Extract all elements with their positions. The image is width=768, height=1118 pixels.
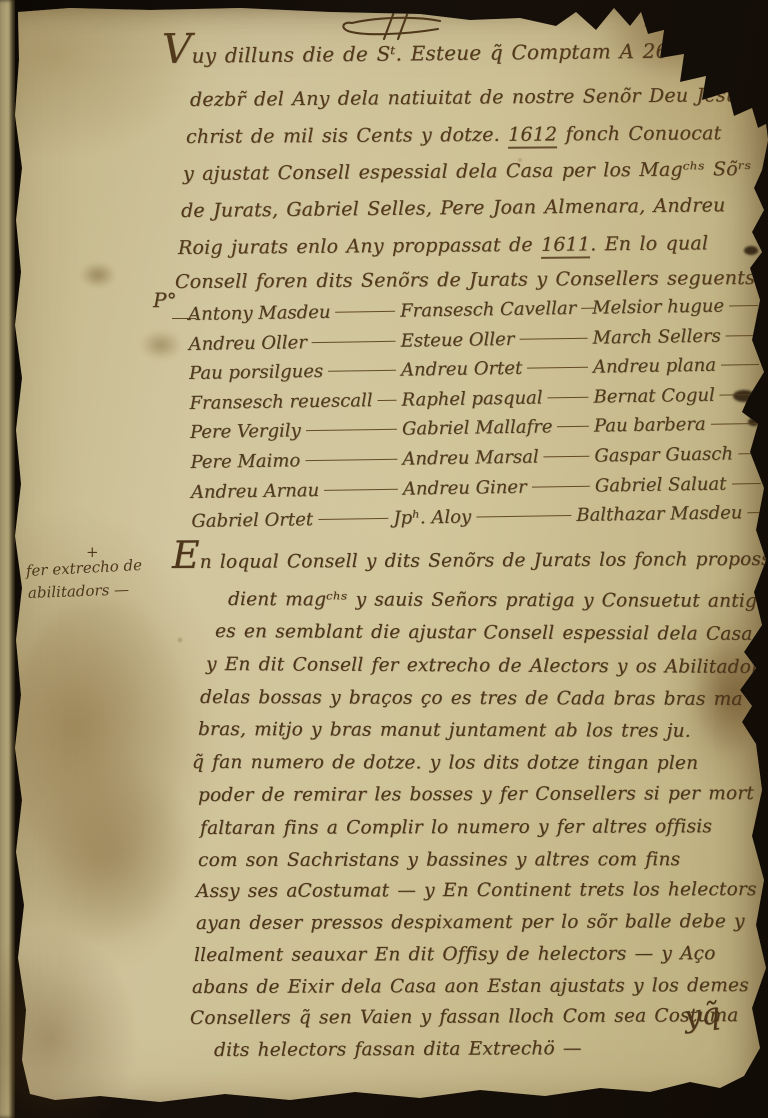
connector-dash: [527, 367, 588, 369]
name: Fransesch reuescall: [189, 390, 372, 414]
para2-line: dits helectors fassan dita Extrechö —: [214, 1038, 582, 1061]
para2-line: ayan deser pressos despixament per lo sõ…: [196, 911, 745, 934]
connector-dash: [476, 515, 571, 517]
para1-line: Consell foren dits Senõrs de Jurats y Co…: [175, 267, 755, 293]
name: Balthazar Masdeu: [576, 502, 742, 526]
para2-line: poder de remirar les bosses y fer Consel…: [198, 783, 754, 806]
name: Andreu Marsal: [402, 446, 539, 469]
para1-line6-post: . En lo qual: [590, 232, 708, 255]
name: Melsior hugue: [592, 296, 724, 319]
connector-dash: [312, 340, 396, 342]
margin-note-line: fer extrecho de: [26, 556, 143, 580]
para2-line: En loqual Consell y dits Senõrs de Jurat…: [172, 549, 768, 573]
para2-line: abans de Eixir dela Casa aon Estan ajust…: [192, 975, 749, 998]
name: Pere Maimo: [190, 450, 300, 473]
connector-dash: [738, 453, 760, 454]
name: Jpʰ. Aloy: [393, 507, 471, 529]
name: Gabriel Ortet: [191, 509, 313, 532]
name: Fransesch Cavellar: [400, 298, 576, 322]
connector-dash: [721, 364, 759, 366]
book-gutter-edge: [0, 0, 15, 1118]
name: Antony Masdeu: [188, 302, 331, 325]
connector-dash: [532, 485, 590, 487]
name: Gabriel Mallafre: [402, 417, 553, 440]
para2-line: bras, mitjo y bras manut juntament ab lo…: [198, 719, 691, 742]
name: Gaspar Guasch: [594, 443, 733, 466]
connector-dash: [306, 429, 397, 431]
end-flourish-mark: yq̃: [682, 996, 722, 1035]
foxing-spot: [80, 262, 116, 288]
foxing-spot: [140, 330, 182, 360]
connector-dash: [711, 423, 760, 425]
connector-dash: [324, 488, 398, 490]
councillor-name-list: Antony Masdeu Fransesch Cavellar Melsior…: [188, 295, 767, 541]
connector-dash: [731, 483, 760, 484]
margin-note-line: abilitadors —: [28, 580, 130, 602]
connector-dash: [544, 456, 590, 458]
para1-line3-pre: christ de mil sis Cents y dotze.: [186, 124, 508, 148]
name: Andreu Ortet: [401, 358, 522, 381]
name: March Sellers: [592, 325, 720, 348]
para1-line3-post: fonch Conuocat: [557, 122, 721, 145]
connector-dash: [378, 400, 397, 401]
para1-line: christ de mil sis Cents y dotze. 1612 fo…: [186, 122, 722, 148]
para2-line: delas bossas y braços ço es tres de Cada…: [200, 687, 743, 710]
para1-line: Vuy dilluns die de Sᵗ. Esteue q̃ Comptam…: [162, 39, 669, 68]
manuscript-page: 5 Vuy dilluns die de Sᵗ. Esteue q̃ Compt…: [0, 0, 768, 1118]
connector-dash: [548, 397, 589, 399]
name: Andreu Oller: [188, 332, 307, 355]
name: Raphel pasqual: [401, 387, 542, 410]
para2-line: llealment seauxar En dit Offisy de helec…: [194, 943, 716, 966]
folio-number: 5: [644, 16, 652, 30]
para2-line: Assy ses aCostumat — y En Continent tret…: [196, 879, 757, 902]
para1-line: Roig jurats enlo Any proppassat de 1611.…: [178, 232, 708, 259]
connector-dash: [720, 394, 760, 396]
name: Pere Vergily: [190, 421, 301, 444]
para2-line: faltaran fins a Complir lo numero y fer …: [200, 816, 712, 839]
water-stain: [8, 600, 198, 880]
connector-dash: [726, 335, 759, 337]
year-1611: 1611: [541, 233, 590, 258]
para1-line: de Jurats, Gabriel Selles, Pere Joan Alm…: [181, 194, 726, 222]
header-flourish-icon: [338, 8, 450, 44]
para2-line: Consellers q̃ sen Vaien y fassan lloch C…: [190, 1005, 739, 1029]
connector-dash: [747, 512, 761, 513]
connector-dash: [519, 337, 587, 339]
name: Pau porsilgues: [189, 361, 323, 384]
para1-line: dezbr̃ del Any dela natiuitat de nostre …: [190, 84, 738, 111]
para2-line: es en semblant die ajustar Consell espes…: [215, 621, 753, 645]
para2-line: q̃ fan numero de dotze. y los dits dotze…: [192, 752, 698, 774]
connector-dash: [729, 305, 758, 306]
year-1612: 1612: [508, 123, 557, 148]
connector-dash: [328, 370, 396, 372]
name: Andreu plana: [593, 355, 716, 378]
para2-line: com son Sachristans y bassines y altres …: [198, 849, 680, 871]
para2-line: dient magᶜʰˢ y sauis Señors pratiga y Co…: [228, 589, 768, 612]
connector-dash: [305, 459, 397, 461]
ink-blot: [744, 246, 758, 255]
water-stain: [40, 770, 190, 940]
name: Pau barbera: [594, 414, 706, 437]
para1-line: y ajustat Consell espessial dela Casa pe…: [183, 158, 751, 185]
name: Esteue Oller: [400, 328, 514, 351]
name: Andreu Giner: [403, 476, 527, 499]
manuscript-scan: 5 Vuy dilluns die de Sᵗ. Esteue q̃ Compt…: [0, 0, 768, 1118]
connector-dash: [335, 311, 395, 313]
connector-dash: [557, 426, 589, 427]
connector-dash: [318, 518, 388, 520]
name: Andreu Arnau: [191, 480, 320, 503]
name: Bernat Cogul: [593, 385, 715, 408]
primo-mark: P°: [153, 288, 177, 312]
name: Gabriel Saluat: [595, 473, 727, 496]
para1-line6-pre: Roig jurats enlo Any proppassat de: [178, 234, 541, 259]
para2-line: y En dit Consell fer extrecho de Alector…: [206, 654, 768, 678]
